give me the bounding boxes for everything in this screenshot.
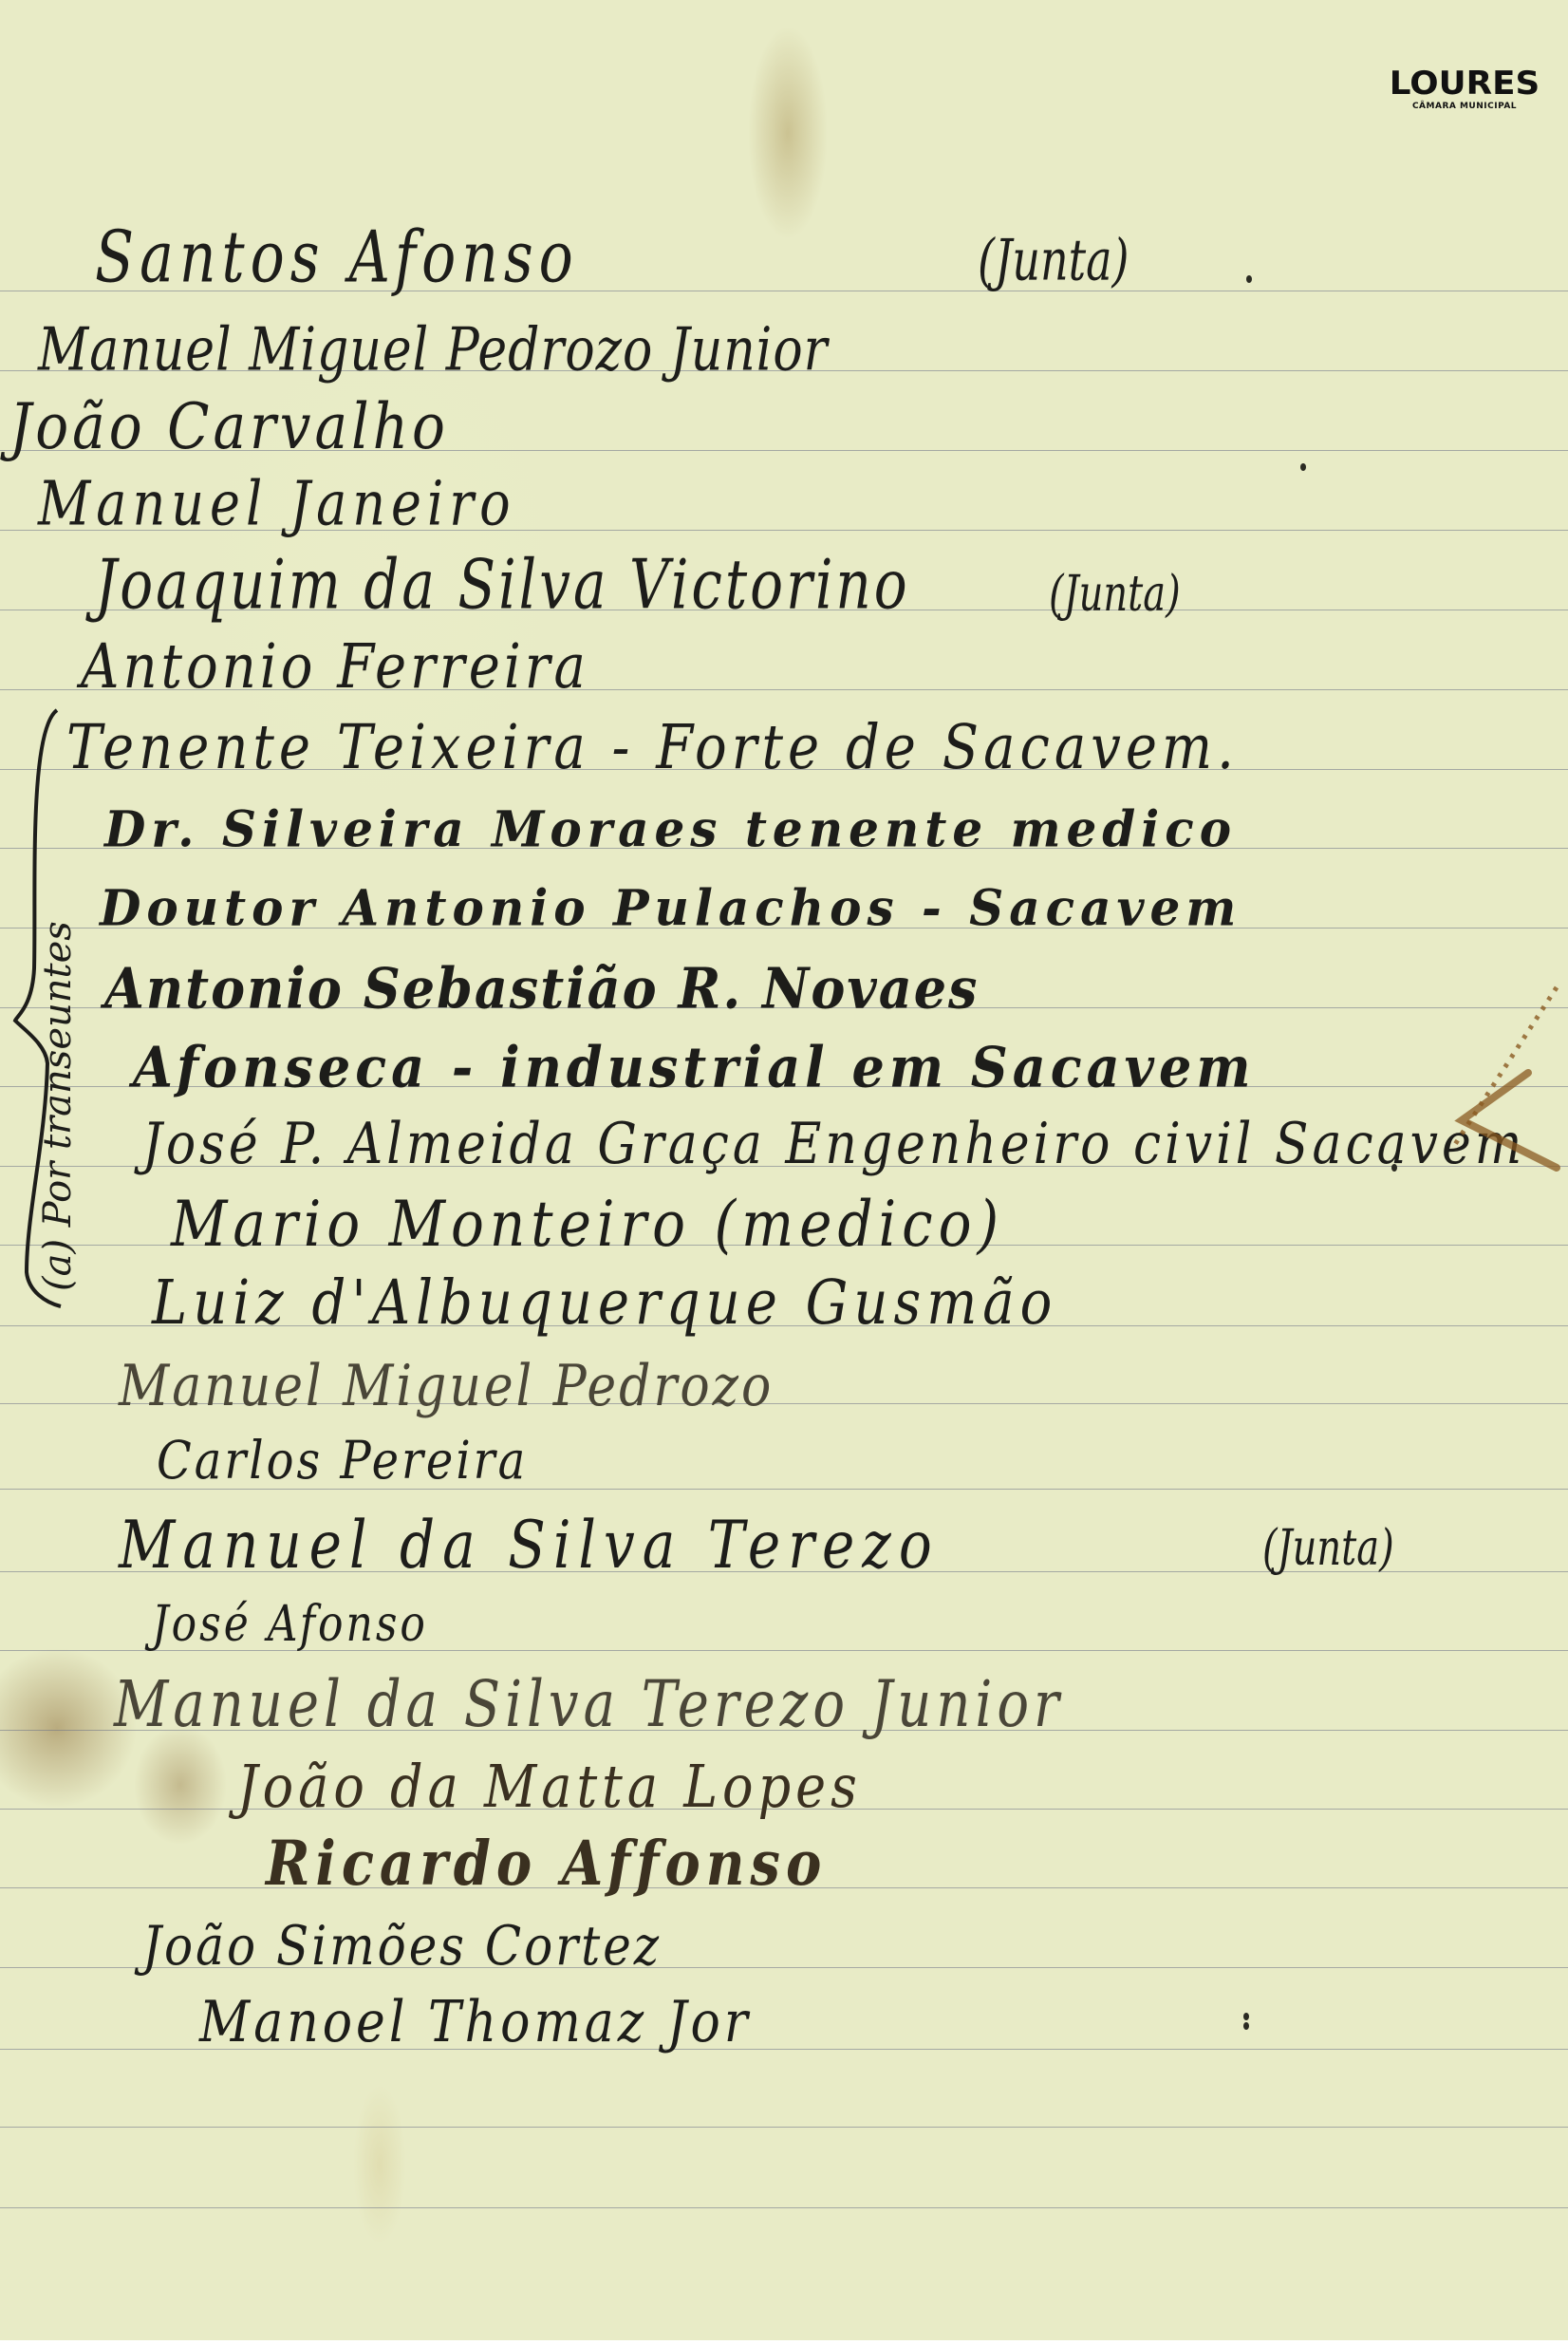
handwritten-line: José Afonso <box>152 1595 428 1653</box>
handwritten-annotation: (Junta) <box>978 227 1129 293</box>
handwritten-line: Luiz d'Albuquerque Gusmão <box>152 1267 1057 1339</box>
signature-name: Tenente Teixeira - Forte de Sacavem. <box>66 712 1239 783</box>
handwritten-line: Tenente Teixeira - Forte de Sacavem. <box>66 712 1239 783</box>
handwritten-line: João da Matta Lopes <box>237 1753 862 1821</box>
handwritten-line: Dr. Silveira Moraes tenente medico <box>104 799 1237 858</box>
signature-name: José Afonso <box>152 1595 428 1653</box>
signature-name: Manuel da Silva Terezo <box>119 1506 940 1584</box>
signature-name: Manuel da Silva Terezo Junior <box>114 1668 1064 1742</box>
signature-name: Doutor Antonio Pulachos - Sacavem <box>100 878 1241 937</box>
margin-note: (a) Por transeuntes <box>36 921 80 1291</box>
handwritten-line: Doutor Antonio Pulachos - Sacavem <box>100 878 1241 937</box>
handwritten-line: Afonseca - industrial em Sacavem <box>133 1034 1256 1100</box>
signature-name: Ricardo Affonso <box>266 1828 827 1900</box>
handwritten-line: Antonio Ferreira <box>81 631 589 703</box>
handwritten-line: Manuel Miguel Pedrozo <box>119 1354 774 1419</box>
handwritten-line: Mario Monteiro (medico) <box>171 1187 1004 1261</box>
annotation-text: (Junta) <box>1262 1520 1394 1577</box>
handwritten-line: Manuel Miguel Pedrozo Junior <box>38 316 828 385</box>
logo-wordmark: LOURES <box>1385 66 1544 101</box>
signature-name: Antonio Ferreira <box>81 631 589 703</box>
signature-name: Carlos Pereira <box>157 1431 528 1491</box>
signature-name: Santos Afonso <box>95 216 579 300</box>
handwritten-line: Joaquim da Silva Victorino <box>95 544 910 625</box>
annotation-text: (medico) <box>715 1187 1005 1261</box>
ruled-line <box>0 2127 1568 2128</box>
ink-speck <box>1246 275 1252 283</box>
ruled-line <box>0 2207 1568 2208</box>
signature-name: João Simões Cortez <box>142 1914 662 1978</box>
signature-name: Manuel Miguel Pedrozo <box>119 1354 774 1419</box>
handwritten-line: Antonio Sebastião R. Novaes <box>104 955 979 1022</box>
signature-name: Antonio Sebastião R. Novaes <box>104 955 979 1022</box>
ink-speck <box>1243 2022 1249 2030</box>
signature-name: Manuel Miguel Pedrozo Junior <box>38 316 828 385</box>
annotation-text: (Junta) <box>1049 566 1181 623</box>
ink-stain <box>1414 968 1566 1215</box>
signature-name: Luiz d'Albuquerque Gusmão <box>152 1267 1057 1339</box>
signature-name: Dr. Silveira Moraes tenente medico <box>104 799 1237 858</box>
handwritten-line: Ricardo Affonso <box>266 1828 827 1900</box>
handwritten-line: Manoel Thomaz Jor <box>199 1990 752 2055</box>
signature-name: Afonseca - industrial em Sacavem <box>133 1034 1256 1100</box>
signature-name: Manuel Janeiro <box>38 467 516 539</box>
document-page: LOURES CÂMARA MUNICIPAL Santos Afonso (J… <box>0 0 1568 2340</box>
signature-name: Manoel Thomaz Jor <box>199 1990 752 2055</box>
handwritten-line: Carlos Pereira <box>157 1431 528 1491</box>
signature-name: Joaquim da Silva Victorino <box>95 544 910 625</box>
handwritten-line: José P. Almeida Graça Engenheiro civil S… <box>142 1112 1525 1177</box>
ink-speck <box>1300 463 1306 471</box>
handwritten-line: Santos Afonso <box>95 216 579 300</box>
handwritten-line: Manuel da Silva Terezo <box>119 1506 940 1584</box>
handwritten-annotation: (Junta) <box>1262 1520 1394 1577</box>
ink-speck <box>1243 2013 1249 2020</box>
handwritten-line: João Carvalho <box>9 389 449 463</box>
handwritten-line: Manuel Janeiro <box>38 467 516 539</box>
handwritten-line: João Simões Cortez <box>142 1914 662 1978</box>
signature-name: João da Matta Lopes <box>237 1753 862 1821</box>
loures-logo: LOURES CÂMARA MUNICIPAL <box>1389 66 1540 112</box>
ink-speck <box>1391 1164 1397 1172</box>
annotation-text: (Junta) <box>978 227 1129 293</box>
signature-name: José P. Almeida Graça Engenheiro civil S… <box>142 1112 1525 1177</box>
handwritten-annotation: (Junta) <box>1049 566 1181 623</box>
signature-name: João Carvalho <box>9 389 449 463</box>
handwritten-line: Manuel da Silva Terezo Junior <box>114 1668 1064 1742</box>
signature-name: Mario Monteiro <box>171 1187 691 1261</box>
